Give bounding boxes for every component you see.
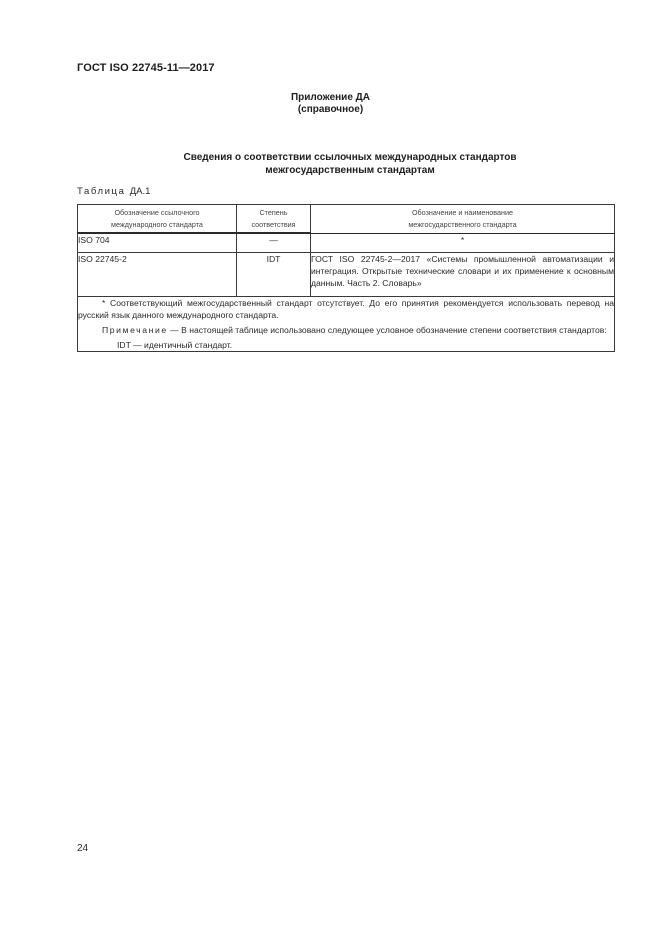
note: Примечание — В настоящей таблице использ… bbox=[78, 324, 614, 336]
page-number: 24 bbox=[77, 843, 88, 854]
table-notes: * Соответствующий межгосударственный ста… bbox=[78, 296, 615, 351]
column-header-ref-standard: Обозначение ссылочного международного ст… bbox=[78, 205, 237, 234]
table-caption-number: ДА.1 bbox=[130, 186, 151, 197]
degree-cell: IDT bbox=[237, 252, 311, 296]
table-caption: Таблица ДА.1 bbox=[77, 186, 150, 197]
standards-correspondence-table: Обозначение ссылочного международного ст… bbox=[77, 204, 615, 352]
section-title-line1: Сведения о соответствии ссылочных междун… bbox=[0, 151, 661, 164]
section-title: Сведения о соответствии ссылочных междун… bbox=[0, 151, 661, 177]
note-idt-definition: IDT — идентичный стандарт. bbox=[78, 339, 614, 351]
section-title-line2: межгосударственным стандартам bbox=[0, 164, 661, 177]
document-code: ГОСТ ISO 22745-11—2017 bbox=[77, 62, 215, 74]
ref-standard-cell: ISO 22745-2 bbox=[78, 252, 237, 296]
table-row: ISO 704 — * bbox=[78, 233, 615, 252]
ref-standard-cell: ISO 704 bbox=[78, 233, 237, 252]
column-header-national-standard: Обозначение и наименование межгосударств… bbox=[311, 205, 615, 234]
table-notes-row: * Соответствующий межгосударственный ста… bbox=[78, 296, 615, 351]
table-header-row: Обозначение ссылочного международного ст… bbox=[78, 205, 615, 234]
appendix-title: Приложение ДА bbox=[0, 92, 661, 104]
footnote: * Соответствующий межгосударственный ста… bbox=[78, 297, 614, 321]
column-header-degree: Степень соответствия bbox=[237, 205, 311, 234]
national-standard-cell: ГОСТ ISO 22745-2—2017 «Системы промышлен… bbox=[311, 252, 615, 296]
note-text: — В настоящей таблице использовано следу… bbox=[168, 325, 607, 335]
note-label: Примечание bbox=[102, 325, 168, 335]
appendix-heading: Приложение ДА (справочное) bbox=[0, 92, 661, 116]
table-caption-word: Таблица bbox=[77, 186, 125, 197]
table-row: ISO 22745-2 IDT ГОСТ ISO 22745-2—2017 «С… bbox=[78, 252, 615, 296]
appendix-subtitle: (справочное) bbox=[0, 104, 661, 116]
national-standard-cell: * bbox=[311, 233, 615, 252]
degree-cell: — bbox=[237, 233, 311, 252]
